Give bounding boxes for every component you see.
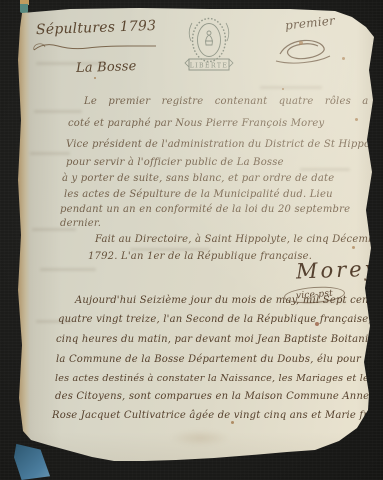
place-name: La Bosse <box>76 59 137 76</box>
attestation-line: dernier. <box>60 218 101 229</box>
foxing-spot <box>342 57 345 60</box>
showthrough-mark <box>260 86 322 89</box>
attestation-line: pendant un an en conformité de la loi du… <box>60 204 350 215</box>
foxing-spot <box>352 246 355 249</box>
foxing-spot <box>299 41 303 45</box>
foxing-spot <box>282 88 284 90</box>
register-year-title: Sépultures 1793 <box>36 18 157 38</box>
showthrough-mark <box>34 110 82 113</box>
title-underline-flourish <box>30 40 160 54</box>
attestation-line: les actes de Sépulture de la Municipalit… <box>64 189 333 200</box>
attestation-line: à y porter de suite, sans blanc, et par … <box>62 173 334 184</box>
act-line: des Citoyens, sont comparues en la Maiso… <box>55 391 369 402</box>
revolution-stamp-icon: LIBERTE <box>182 14 236 76</box>
act-line: cinq heures du matin, par devant moi Jea… <box>56 334 383 345</box>
act-line: quatre vingt treize, l'an Second de la R… <box>58 314 381 325</box>
closing-line: 1792. L'an 1er de la République français… <box>88 251 312 262</box>
foxing-spot <box>94 77 96 79</box>
signature-morey: Morey <box>296 257 380 284</box>
manuscript-page: Sépultures 1793 premier LIBERTE La <box>0 0 383 480</box>
cover-sliver <box>20 4 28 13</box>
act-line: Aujourd'hui Seizième jour du mois de may… <box>75 295 373 306</box>
showthrough-mark <box>40 268 96 271</box>
closing-line: Fait au Directoire, à Saint Hippolyte, l… <box>95 234 383 245</box>
act-line: la Commune de la Bosse Département du Do… <box>56 354 383 365</box>
foxing-spot <box>355 118 358 121</box>
attestation-line: pour servir à l'officier public de La Bo… <box>66 157 284 168</box>
attestation-line: coté et paraphé par Nous Pierre François… <box>68 118 324 129</box>
blue-paper-fragment <box>14 442 52 480</box>
act-line: Rose Jacquet Cultivatrice âgée de vingt … <box>52 410 383 421</box>
stamp-banner-text: LIBERTE <box>190 63 229 70</box>
showthrough-mark <box>30 152 70 155</box>
attestation-line: Vice président de l'administration du Di… <box>66 139 383 150</box>
paper-stain <box>170 430 230 446</box>
foxing-spot <box>231 421 234 424</box>
scan-background: Sépultures 1793 premier LIBERTE La <box>0 0 383 480</box>
paraph-flourish <box>272 32 334 66</box>
showthrough-mark <box>300 168 350 171</box>
page-number-label: premier <box>284 13 335 32</box>
foxing-spot <box>315 322 319 326</box>
attestation-line: Le premier registre contenant quatre rôl… <box>84 96 383 107</box>
binding-gutter <box>14 6 30 446</box>
act-line: les actes destinés à constater la Naissa… <box>55 373 383 384</box>
